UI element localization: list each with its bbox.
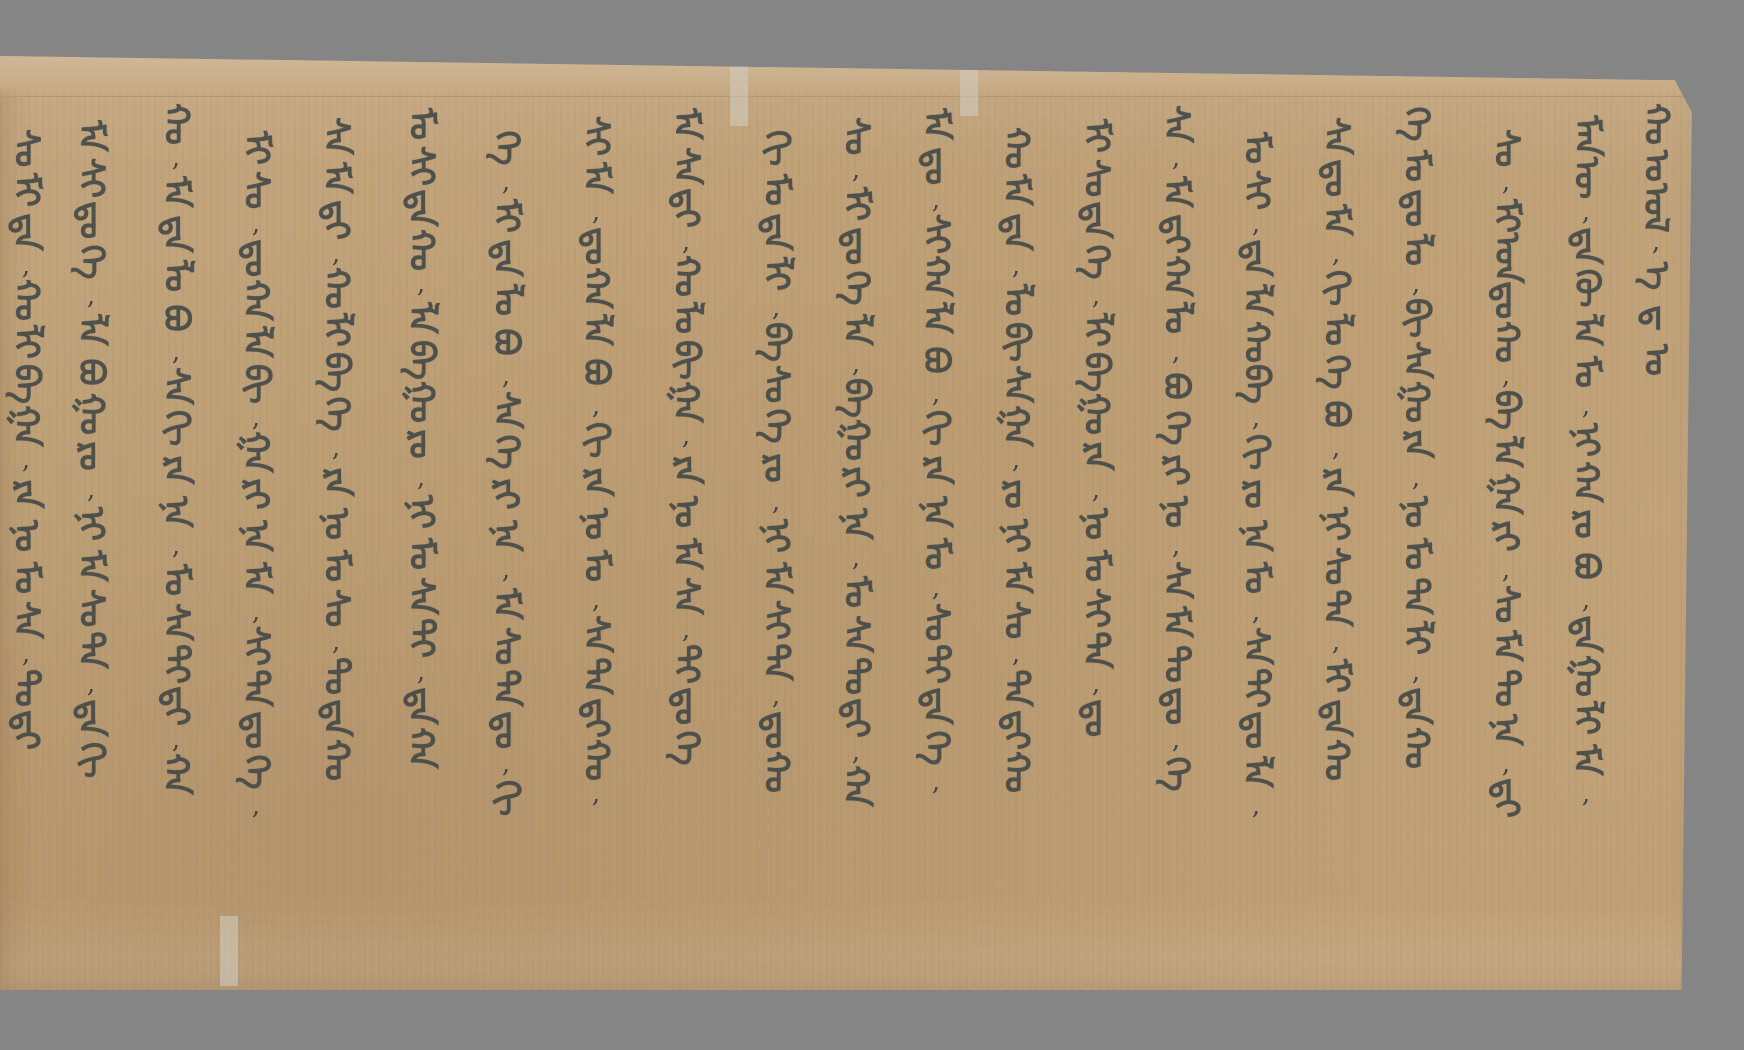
ink-glyph: ᠨᠢ <box>998 519 1034 553</box>
punctuation-mark: , <box>932 578 940 598</box>
ink-glyph: ᠪᠤ <box>488 328 524 355</box>
ink-glyph: ᠯᠣ <box>1398 234 1434 266</box>
ink-glyph: ᠲᠡ <box>1078 631 1114 668</box>
punctuation-mark: , <box>772 298 780 318</box>
punctuation-mark: , <box>1172 730 1180 750</box>
ink-glyph: ᠳᠠ <box>1568 615 1604 652</box>
ink-glyph: ᠮᠡ <box>668 538 704 569</box>
ink-glyph: ᠷᠢ <box>488 478 524 509</box>
ink-glyph: ᠲᠠ <box>578 657 614 694</box>
ink-glyph: ᠰᠣ <box>488 627 524 665</box>
ink-glyph: ᠭᠦ <box>1568 269 1604 308</box>
ink-glyph: ᠬᠤ <box>1488 321 1524 363</box>
ink-glyph: ᠳᠡ <box>998 213 1034 250</box>
punctuation-mark: , <box>252 214 260 234</box>
script-column: ᠮᠢᠰᠣᠳᠠᠬᠡ,ᠯᠢᠪᠠᠭᠣᠷᠡ,ᠨᠤᠮᠣᠰᠢᠲᠡ,ᠳᠣ <box>1070 118 1122 736</box>
ink-glyph: ᠷᠡ <box>8 480 44 509</box>
ink-glyph: ᠨᠢ <box>1568 423 1604 457</box>
ink-glyph: ᠲᠣ <box>1488 669 1524 707</box>
ink-glyph: ᠳᠡ <box>403 189 439 226</box>
ink-glyph: ᠯᠣ <box>488 284 524 316</box>
ink-glyph: ᠪᠢ <box>238 364 274 404</box>
ink-glyph: ᠪᠤ <box>73 358 109 385</box>
punctuation-mark: , <box>417 662 425 682</box>
ink-glyph: ᠳᠣ <box>918 147 954 185</box>
ink-glyph: ᠮᠢ <box>1318 659 1354 693</box>
punctuation-mark: , <box>252 602 260 622</box>
ink-glyph: ᠳᠤ <box>488 711 524 749</box>
ink-glyph: ᠷᠢ <box>1158 454 1194 485</box>
ink-glyph: ᠯᠠ <box>1238 284 1274 315</box>
script-column: ᠮᠣᠰᠢᠳᠡᠬᠤ,ᠯᠠᠪᠡᠭᠣᠷᠣ,ᠨᠢᠮᠤᠰᠡᠲᠢ,ᠳᠠᠬᠠ <box>395 106 447 766</box>
ink-glyph: ᠪᠤ <box>1158 372 1194 399</box>
punctuation-mark: , <box>772 492 780 512</box>
punctuation-mark: , <box>87 480 95 500</box>
punctuation-mark: , <box>1502 366 1510 386</box>
ink-glyph: ᠰᠠ <box>668 577 704 615</box>
ink-glyph: ᠲᠡ <box>73 631 109 668</box>
ink-glyph: ᠳᠠ <box>8 213 44 250</box>
ink-glyph: ᠯᠠ <box>403 302 439 333</box>
ink-glyph: ᠮᠠ <box>1158 606 1194 637</box>
ink-glyph: ᠰᠣ <box>1488 129 1524 167</box>
ink-glyph: ᠳᠢ <box>318 200 354 240</box>
ink-glyph: ᠳᠠ <box>403 687 439 724</box>
ink-glyph: ᠰᠤ <box>1488 585 1524 623</box>
ink-glyph: ᠪᠡ <box>1238 364 1274 404</box>
ink-glyph: ᠰᠡ <box>998 365 1034 403</box>
ink-glyph: ᠰᠢ <box>578 116 614 156</box>
ink-glyph: ᠬᠢ <box>488 780 524 816</box>
ink-glyph: ᠰᠡ <box>158 367 194 405</box>
ink-glyph: ᠭᠡ <box>488 435 524 470</box>
ink-glyph: ᠭᠢ <box>1238 434 1274 470</box>
ink-glyph: ᠭᠡ <box>1158 411 1194 446</box>
ink-glyph: ᠮᠡ <box>998 562 1034 593</box>
punctuation-mark: , <box>1172 342 1180 362</box>
ink-glyph: ᠪᠠ <box>318 352 354 392</box>
ink-glyph: ᠳᠤ <box>1398 189 1434 227</box>
script-column: ᠮᠡᠰᠢᠳᠣᠬᠡ,ᠯᠠᠪᠤᠭᠣᠷᠣ,ᠨᠢᠮᠠᠰᠣᠲᠡ,ᠳᠠᠬᠢ <box>65 118 117 778</box>
repair-patch <box>730 66 748 126</box>
punctuation-mark: , <box>932 190 940 210</box>
ink-glyph: ᠳᠤ <box>238 239 274 277</box>
ink-glyph: ᠬᠣ <box>1238 321 1274 363</box>
ink-glyph: ᠯᠡ <box>918 302 954 333</box>
ink-glyph: ᠰᠣ <box>1318 547 1354 585</box>
ink-glyph: ᠳᠢ <box>1488 778 1524 818</box>
script-column: ᠬᠡ,ᠮᠢᠳᠠᠯᠣᠪᠤ,ᠰᠠᠭᠡᠷᠢᠨᠡ,ᠮᠠᠰᠣᠲᠡᠳᠤ,ᠬᠢ <box>480 130 532 816</box>
ink-glyph: ᠯᠢ <box>1568 701 1604 735</box>
punctuation-mark: , <box>1092 286 1100 306</box>
ink-glyph: ᠨᠠ <box>1488 714 1524 745</box>
ink-glyph: ᠰᠡ <box>838 615 874 653</box>
ink-glyph: ᠮᠤ <box>918 538 954 570</box>
script-column: ᠮᠡᠳᠣ,ᠰᠢᠬᠠᠯᠡᠪᠣ,ᠭᠢᠷᠠᠨᠡᠮᠤ,ᠰᠣᠲᠢᠳᠠᠬᠡ, <box>910 106 962 792</box>
ink-glyph: ᠳᠣ <box>578 227 614 265</box>
ink-glyph: ᠪᠣ <box>578 358 614 385</box>
ink-glyph: ᠮᠡ <box>73 120 109 151</box>
ink-glyph: ᠷᠣ <box>403 429 439 458</box>
ink-glyph: ᠳᠤ <box>838 227 874 265</box>
repair-patch <box>960 66 978 116</box>
punctuation-mark: , <box>932 384 940 404</box>
punctuation-mark: , <box>1412 662 1420 682</box>
ink-glyph: ᠷᠠ <box>918 456 954 485</box>
ink-glyph: ᠬᠣ <box>1398 727 1434 769</box>
ink-glyph: ᠲᠢ <box>918 644 954 684</box>
ink-glyph: ᠯᠡ <box>1568 314 1604 345</box>
ink-glyph: ᠡ <box>1638 262 1674 290</box>
script-column: ᠰᠣ,ᠮᠢᠳᠤᠬᠡᠯᠠ,ᠪᠡᠭᠣᠷᠢᠨᠠ,ᠮᠣᠰᠡᠲᠣᠳᠢ,ᠬᠠ <box>830 118 882 804</box>
ink-glyph: ᠲᠢ <box>403 618 439 658</box>
ink-glyph: ᠮᠣ <box>578 550 614 582</box>
ink-glyph: ᠳᠣ <box>1078 699 1114 737</box>
ink-glyph: ᠮᠣ <box>838 576 874 608</box>
ink-glyph: ᠭᠡ <box>318 397 354 432</box>
script-column: ᠬᠣᠣᠤᠯ,ᠡᠳᠣ <box>1630 106 1682 378</box>
punctuation-mark: , <box>852 354 860 374</box>
ink-glyph: ᠮᠡ <box>578 162 614 193</box>
ink-glyph: ᠳᠡ <box>1568 227 1604 264</box>
ink-glyph: ᠨᠣ <box>1398 496 1434 528</box>
punctuation-mark: , <box>852 160 860 180</box>
script-column: ᠰᠠ,ᠮᠡᠳᠢᠬᠠᠯᠣ,ᠪᠤᠭᠡᠷᠢᠨᠣ,ᠰᠡᠮᠠᠲᠣᠳᠤ,ᠬᠡ <box>1150 106 1202 792</box>
ink-glyph: ᠯᠢ <box>758 257 794 291</box>
ink-glyph: ᠳᠢ <box>8 710 44 750</box>
ink-glyph: ᠬᠠ <box>1158 255 1194 296</box>
ink-glyph: ᠣᠨ <box>1488 233 1524 284</box>
punctuation-mark: , <box>1502 172 1510 192</box>
ink-glyph: ᠰᠣ <box>1078 159 1114 197</box>
ink-glyph: ᠳᠢ <box>668 188 704 228</box>
script-column: ᠮᠡᠨᠦ,ᠳᠡᠭᠦᠯᠡᠮᠣ,ᠨᠢᠬᠠᠷᠣᠪᠣ,ᠳᠠᠭᠣᠯᠢᠮᠠ, <box>1560 118 1612 804</box>
punctuation-mark: , <box>1412 468 1420 488</box>
script-column: ᠬᠡᠮᠣᠳᠤᠯᠣ,ᠪᠢᠰᠠᠭᠣᠷᠡ,ᠨᠣᠮᠤᠲᠠᠯᠢ,ᠳᠡᠬᠣ <box>1390 106 1442 766</box>
ink-glyph: ᠰᠣ <box>918 603 954 641</box>
ink-glyph: ᠨᠠ <box>238 520 274 551</box>
ink-glyph: ᠨᠢ <box>403 495 439 529</box>
ink-glyph: ᠯᠢ <box>1078 313 1114 347</box>
ink-glyph: ᠳᠠ <box>488 239 524 276</box>
script-column: ᠰᠡᠳᠣᠮᠠ,ᠬᠢᠯᠤᠭᠡᠪᠣ,ᠷᠠᠨᠢᠰᠣᠲᠡ,ᠮᠢᠳᠠᠬᠤ <box>1310 118 1362 778</box>
ink-glyph: ᠦ <box>1568 157 1604 199</box>
ink-glyph: ᠭᠠ <box>998 405 1034 446</box>
ink-glyph: ᠳᠠ <box>73 699 109 736</box>
ink-glyph: ᠷᠢ <box>838 466 874 497</box>
ink-glyph: ᠬᠠ <box>1568 461 1604 502</box>
ink-glyph: ᠬᠠ <box>158 753 194 794</box>
ink-glyph: ᠮᠠ <box>668 108 704 139</box>
ink-glyph: ᠮᠠ <box>758 562 794 593</box>
ink-glyph: ᠬᠤ <box>1318 739 1354 781</box>
ink-glyph: ᠭᠢ <box>578 422 614 458</box>
ink-glyph: ᠰᠠ <box>318 117 354 155</box>
ink-glyph: ᠭᠠ <box>238 431 274 472</box>
ink-glyph: ᠳᠡ <box>158 215 194 252</box>
ink-glyph: ᠯᠢ <box>318 313 354 347</box>
ink-glyph: ᠪᠢ <box>1398 298 1434 338</box>
punctuation-mark: , <box>22 256 30 276</box>
script-column: ᠬᠢᠮᠣᠳᠡᠯᠢ,ᠪᠠᠰᠤᠭᠡᠷᠣ,ᠨᠢᠮᠠᠰᠢᠲᠡ,ᠳᠣᠬᠤ <box>750 130 802 790</box>
ink-glyph: ᠮᠢ <box>488 199 524 233</box>
ink-glyph: ᠪᠣ <box>918 346 954 373</box>
ink-glyph: ᠮᠡ <box>918 108 954 139</box>
ink-glyph: ᠮᠠ <box>488 588 524 619</box>
ink-glyph: ᠨᠤ <box>8 520 44 552</box>
ink-glyph: ᠲᠡ <box>1318 589 1354 626</box>
ink-glyph: ᠲᠠ <box>238 669 274 706</box>
ink-glyph: ᠬᠣ <box>158 103 194 145</box>
ink-glyph: ᠳᠣ <box>73 201 109 239</box>
ink-glyph: ᠨᠢ <box>758 519 794 553</box>
ink-glyph: ᠲᠣ <box>318 657 354 695</box>
punctuation-mark: , <box>332 438 340 458</box>
ink-glyph: ᠪᠡ <box>8 364 44 404</box>
punctuation-mark: , <box>1252 602 1260 622</box>
punctuation-mark: , <box>502 366 510 386</box>
ink-glyph: ᠨᠡ <box>158 496 194 527</box>
ink-glyph: ᠷᠣ <box>998 479 1034 508</box>
ink-glyph: ᠪᠢ <box>668 340 704 380</box>
manuscript-paper: ᠬᠣᠣᠤᠯ,ᠡᠳᠣᠮᠡᠨᠦ,ᠳᠡᠭᠦᠯᠡᠮᠣ,ᠨᠢᠬᠠᠷᠣᠪᠣ,ᠳᠠᠭᠣᠯᠢᠮᠠ… <box>0 56 1702 990</box>
ink-glyph: ᠤᠯ <box>1638 183 1674 232</box>
punctuation-mark: , <box>332 632 340 652</box>
ink-glyph: ᠷᠣ <box>1568 509 1604 538</box>
punctuation-mark: , <box>1172 148 1180 168</box>
ink-glyph: ᠮᠠ <box>1318 204 1354 235</box>
ink-glyph: ᠰᠣ <box>838 117 874 155</box>
punctuation-mark: , <box>852 548 860 568</box>
ink-glyph: ᠪᠣ <box>158 304 194 331</box>
ink-glyph: ᠨᠢ <box>1318 507 1354 541</box>
ink-glyph: ᠰᠢ <box>73 158 109 198</box>
ink-glyph: ᠮᠣ <box>1078 550 1114 582</box>
ink-glyph: ᠯᠤ <box>668 302 704 334</box>
ink-glyph: ᠪᠣ <box>1568 552 1604 579</box>
punctuation-mark: , <box>852 742 860 762</box>
ink-glyph: ᠳᠤ <box>668 687 704 725</box>
ink-glyph: ᠰᠡ <box>1318 117 1354 155</box>
ink-glyph: ᠰᠠ <box>488 391 524 429</box>
punctuation-mark: , <box>87 286 95 306</box>
ink-glyph: ᠪᠠ <box>758 322 794 362</box>
ink-glyph: ᠷᠣ <box>73 441 109 470</box>
ink-glyph: ᠬᠢ <box>73 742 109 778</box>
script-column: ᠮᠠᠰᠡᠳᠢ,ᠬᠣᠯᠤᠪᠢᠭᠠ,ᠷᠡᠨᠣᠮᠡᠰᠠ,ᠲᠢᠳᠤᠬᠡ <box>660 106 712 766</box>
ink-glyph: ᠬᠣ <box>668 255 704 297</box>
ink-glyph: ᠮᠠ <box>158 176 194 207</box>
ink-glyph: ᠭᠢ <box>158 410 194 446</box>
ink-glyph: ᠮᠢ <box>1488 199 1524 233</box>
punctuation-mark: , <box>87 674 95 694</box>
punctuation-mark: , <box>252 796 260 816</box>
punctuation-mark: , <box>1252 408 1260 428</box>
ink-glyph: ᠲᠢ <box>668 644 704 684</box>
punctuation-mark: , <box>1502 560 1510 580</box>
punctuation-mark: , <box>1252 796 1260 816</box>
ink-glyph: ᠪᠡ <box>838 378 874 418</box>
ink-glyph: ᠷᠡ <box>1398 430 1434 459</box>
ink-glyph: ᠭᠠ <box>1488 473 1524 514</box>
ink-glyph: ᠨᠤ <box>1078 508 1114 540</box>
ink-glyph: ᠮᠡ <box>1488 630 1524 661</box>
ink-glyph: ᠮᠠ <box>73 550 109 581</box>
ink-glyph: ᠯᠢ <box>8 325 44 359</box>
ink-glyph: ᠮᠣ <box>1238 132 1274 164</box>
punctuation-mark: , <box>1582 784 1590 804</box>
ink-glyph: ᠣ <box>1638 150 1674 182</box>
ink-glyph: ᠬᠣ <box>578 739 614 781</box>
ink-glyph: ᠣ <box>1638 344 1674 376</box>
ink-glyph: ᠬᠤ <box>998 751 1034 793</box>
script-column: ᠮᠣᠰᠢ,ᠳᠡᠯᠠᠬᠣᠪᠡ,ᠭᠢᠷᠣᠨᠡᠮᠤ,ᠰᠠᠲᠢᠳᠣᠯᠡ, <box>1230 130 1282 816</box>
ink-glyph: ᠬᠡ <box>918 731 954 766</box>
ink-glyph: ᠯᠢ <box>1398 621 1434 655</box>
ink-glyph: ᠮᠤ <box>158 564 194 596</box>
ink-glyph: ᠬᠢ <box>1318 270 1354 306</box>
punctuation-mark: , <box>682 232 690 252</box>
ink-glyph: ᠰᠤ <box>758 365 794 403</box>
punctuation-mark: , <box>1582 396 1590 416</box>
ink-glyph: ᠬᠡ <box>668 731 704 766</box>
ink-glyph: ᠳᠣ <box>1238 711 1274 749</box>
ink-glyph: ᠰᠣ <box>238 171 274 209</box>
ink-glyph: ᠰᠠ <box>1158 105 1194 143</box>
ink-glyph: ᠬᠡ <box>1078 245 1114 280</box>
punctuation-mark: , <box>592 590 600 610</box>
ink-glyph: ᠲᠠ <box>1398 577 1434 614</box>
ink-glyph: ᠷᠠ <box>1318 468 1354 497</box>
ink-glyph: ᠰᠣ <box>8 129 44 167</box>
ink-glyph: ᠬᠠ <box>403 727 439 768</box>
punctuation-mark: , <box>1012 644 1020 664</box>
ink-glyph: ᠬᠡ <box>488 131 524 166</box>
ink-glyph: ᠮᠢ <box>1078 119 1114 153</box>
ink-glyph: ᠭᠣ <box>73 393 109 435</box>
ink-glyph: ᠷᠣ <box>758 453 794 482</box>
punctuation-mark: , <box>502 172 510 192</box>
ink-glyph: ᠯᠣ <box>1158 302 1194 334</box>
ink-glyph: ᠰᠢ <box>1238 170 1274 210</box>
ink-glyph: ᠬᠡ <box>1398 107 1434 142</box>
ink-glyph: ᠮᠡ <box>238 562 274 593</box>
ink-glyph: ᠳᠠ <box>1078 201 1114 238</box>
ink-glyph: ᠪᠢ <box>998 322 1034 362</box>
ink-glyph: ᠭᠣ <box>403 381 439 423</box>
ink-glyph: ᠷᠡ <box>668 456 704 485</box>
paper-right-edge <box>1680 56 1702 990</box>
ink-glyph: ᠨᠠ <box>838 508 874 539</box>
ink-glyph: ᠭᠣ <box>1398 381 1434 423</box>
ink-glyph: ᠭᠣ <box>1078 393 1114 435</box>
ink-glyph: ᠰᠠ <box>158 603 194 641</box>
punctuation-mark: , <box>1652 232 1660 252</box>
ink-glyph: ᠳᠣ <box>238 711 274 749</box>
punctuation-mark: , <box>682 620 690 640</box>
ink-glyph: ᠳᠡ <box>1238 239 1274 276</box>
ink-glyph: ᠲᠡ <box>758 643 794 680</box>
ink-glyph: ᠳᠣ <box>758 711 794 749</box>
ink-glyph: ᠬᠢ <box>758 130 794 166</box>
ink-glyph: ᠯᠡ <box>238 326 274 357</box>
ink-glyph: ᠲᠢ <box>158 644 194 684</box>
ink-glyph: ᠰᠢ <box>758 600 794 640</box>
ink-glyph: ᠮᠢ <box>838 187 874 221</box>
punctuation-mark: , <box>1332 632 1340 652</box>
punctuation-mark: , <box>417 468 425 488</box>
ink-glyph: ᠨᠢ <box>73 507 109 541</box>
ink-glyph: ᠯᠤ <box>1318 314 1354 346</box>
ink-glyph: ᠰᠤ <box>998 601 1034 639</box>
ink-glyph: ᠬᠤ <box>758 751 794 793</box>
ink-glyph: ᠲᠢ <box>1238 668 1274 708</box>
ink-glyph: ᠯᠠ <box>73 314 109 345</box>
ink-glyph: ᠬᠡ <box>1158 757 1194 792</box>
ink-glyph: ᠬᠠ <box>918 255 954 296</box>
ink-glyph: ᠷᠣ <box>1238 479 1274 508</box>
script-column: ᠰᠢᠮᠡ,ᠳᠣᠬᠠᠯᠡᠪᠣ,ᠭᠢᠷᠠᠨᠤᠮᠣ,ᠰᠡᠲᠠᠳᠢᠬᠣ, <box>570 118 622 804</box>
ink-glyph: ᠳᠠ <box>1318 699 1354 736</box>
punctuation-mark: , <box>1582 590 1590 610</box>
ink-glyph: ᠰᠡ <box>8 601 44 639</box>
script-column: ᠰᠣ,ᠮᠢᠣᠨᠳᠣᠬᠤ,ᠪᠡᠯᠠᠭᠠᠷᠢ,ᠰᠤᠮᠡᠲᠣᠨᠠ,ᠳᠢ <box>1480 130 1532 816</box>
script-column: ᠬᠣᠮᠠᠳᠡ,ᠯᠤᠪᠢᠰᠡᠭᠠ,ᠷᠣᠨᠢᠮᠡᠰᠤ,ᠲᠠᠳᠢᠬᠤ <box>990 130 1042 790</box>
ink-glyph: ᠨᠡ <box>1238 520 1274 551</box>
script-column: ᠬᠣ,ᠮᠠᠳᠡᠯᠤᠪᠣ,ᠰᠡᠭᠢᠷᠠᠨᠡ,ᠮᠤᠰᠠᠲᠢᠳᠢ,ᠬᠠ <box>150 106 202 792</box>
ink-glyph: ᠬᠣ <box>1638 103 1674 145</box>
ink-glyph: ᠳᠢ <box>1158 214 1194 254</box>
punctuation-mark: , <box>1092 674 1100 694</box>
ink-glyph: ᠮᠣ <box>1568 356 1604 388</box>
ink-glyph: ᠬᠠ <box>238 279 274 320</box>
ink-glyph: ᠯᠠ <box>838 314 874 345</box>
punctuation-mark: , <box>1582 202 1590 222</box>
punctuation-mark: , <box>332 244 340 264</box>
ink-glyph: ᠰᠢ <box>238 626 274 666</box>
punctuation-mark: , <box>1332 438 1340 458</box>
punctuation-mark: , <box>592 396 600 416</box>
punctuation-mark: , <box>1172 536 1180 556</box>
ink-glyph: ᠳᠡ <box>318 699 354 736</box>
ink-glyph: ᠲᠣ <box>1158 645 1194 683</box>
ink-glyph: ᠰᠡ <box>578 615 614 653</box>
ink-glyph: ᠭᠠ <box>8 405 44 446</box>
ink-glyph: ᠬᠣ <box>318 267 354 309</box>
repair-patch <box>220 916 238 986</box>
ink-glyph: ᠨᠣ <box>318 508 354 540</box>
ink-glyph: ᠬᠣ <box>998 127 1034 169</box>
ink-glyph: ᠪᠣ <box>1318 400 1354 427</box>
ink-glyph: ᠷᠡ <box>1078 442 1114 471</box>
ink-glyph: ᠮᠡᠨ <box>1568 116 1604 157</box>
punctuation-mark: , <box>772 686 780 706</box>
ink-glyph: ᠯᠤ <box>158 260 194 292</box>
punctuation-mark: , <box>682 426 690 446</box>
punctuation-mark: , <box>1012 450 1020 470</box>
ink-glyph: ᠰᠢ <box>1078 588 1114 628</box>
ink-glyph: ᠮᠡ <box>318 162 354 193</box>
ink-glyph: ᠭᠢ <box>918 410 954 446</box>
ink-glyph: ᠨᠡ <box>488 520 524 551</box>
ink-glyph: ᠳᠢ <box>578 698 614 738</box>
punctuation-mark: , <box>172 536 180 556</box>
punctuation-mark: , <box>172 148 180 168</box>
ink-glyph: ᠮᠡ <box>1158 176 1194 207</box>
ink-glyph: ᠪᠡ <box>403 340 439 380</box>
ink-glyph: ᠬᠤ <box>8 279 44 321</box>
ink-glyph: ᠰᠤ <box>318 589 354 627</box>
